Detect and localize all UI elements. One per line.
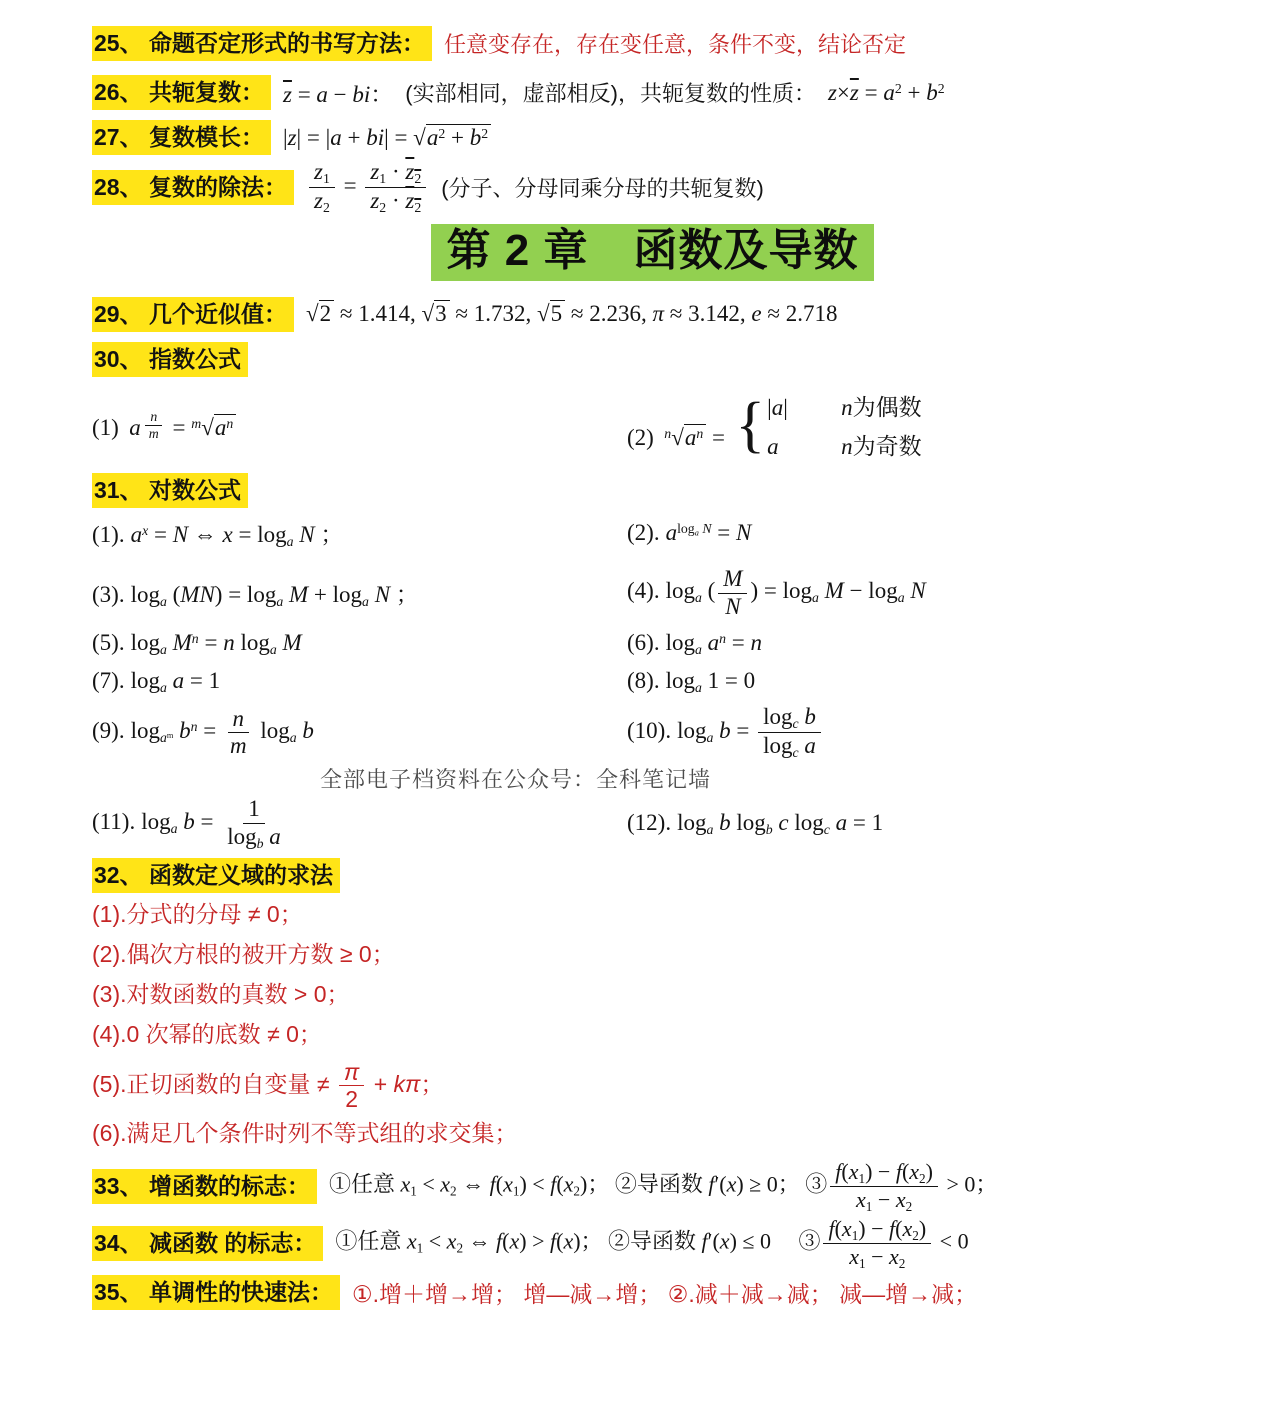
item-29: 29、 几个近似值： √2 ≈ 1.414, √3 ≈ 1.732, √5 ≈ … — [92, 297, 1253, 332]
cases-brace: { — [735, 399, 765, 452]
domain-rule-4: (4).0 次幂的底数 ≠ 0； — [92, 1019, 1253, 1050]
item-25: 25、 命题否定形式的书写方法： 任意变存在，存在变任意，条件不变，结论否定 — [92, 26, 1253, 61]
log-4-label: (4). — [627, 578, 660, 603]
domain-rule-1: (1).分式的分母 ≠ 0； — [92, 899, 1253, 930]
log-formula-5: (5).loga Mn = n loga M — [92, 630, 627, 658]
exp-formula-2-cases: { |a| n为偶数 a n为奇数 — [729, 389, 921, 461]
log-9-body: logam bn = nm loga b — [131, 718, 314, 743]
item-26: 26、 共轭复数： z = a − bi： (实部相同，虚部相反)，共轭复数的性… — [92, 75, 1253, 110]
item-35-body: ①.增＋增→增； 增—减→增； ②.减＋减→减； 减—增→减； — [352, 1276, 977, 1309]
item-30-formulas: (1) anm = m√an (2) n√an = { |a| n为偶数 a n… — [92, 379, 1253, 471]
item-28-note: (分子、分母同乘分母的共轭复数) — [441, 172, 764, 203]
domain-rule-3: (3).对数函数的真数 > 0； — [92, 979, 1253, 1010]
item-31-heading: 31、 对数公式 — [92, 473, 248, 508]
log-row-2: (3).loga (MN) = loga M + loga N ； (4).lo… — [92, 566, 1253, 620]
item-32: 32、 函数定义域的求法 — [92, 858, 1253, 893]
domain-rule-6: (6).满足几个条件时列不等式组的求交集； — [92, 1118, 1253, 1149]
log-formula-1: (1).ax = N ⇔ x = loga N ； — [92, 516, 627, 550]
item-30-heading: 30、 指数公式 — [92, 342, 248, 377]
log-8-label: (8). — [627, 668, 660, 693]
item-33: 33、 增函数的标志： ①任意 x1 < x2 ⇔ f(x1) < f(x2)；… — [92, 1159, 1253, 1214]
item-27: 27、 复数模长： |z| = |a + bi| = √a2 + b2 — [92, 120, 1253, 155]
log-7-body: loga a = 1 — [131, 668, 221, 693]
log-12-label: (12). — [627, 810, 671, 835]
log-2-label: (2). — [627, 520, 660, 545]
log-formula-7: (7).loga a = 1 — [92, 668, 627, 696]
item-35-heading: 35、 单调性的快速法： — [92, 1275, 340, 1310]
log-formula-12: (12).loga b logb c logc a = 1 — [627, 810, 1253, 838]
item-25-heading: 25、 命题否定形式的书写方法： — [92, 26, 432, 61]
exp-formula-2-lead: n√an = — [664, 425, 725, 450]
item-26-formula-1: z = a − bi： — [283, 76, 393, 109]
document-page: 25、 命题否定形式的书写方法： 任意变存在，存在变任意，条件不变，结论否定 2… — [0, 0, 1279, 1403]
item-28-heading: 28、 复数的除法： — [92, 170, 294, 205]
log-7-label: (7). — [92, 668, 125, 693]
log-6-body: loga an = n — [666, 630, 762, 655]
chapter-heading: 第 2 章 函数及导数 — [92, 224, 1213, 281]
log-row-5: (9).logam bn = nm loga b (10).loga b = l… — [92, 704, 1253, 761]
log-row-4: (7).loga a = 1 (8).loga 1 = 0 — [92, 668, 1253, 696]
item-32-heading: 32、 函数定义域的求法 — [92, 858, 340, 893]
item-34-body: ①任意 x1 < x2 ⇔ f(x) > f(x)； ②导函数 f′(x) ≤ … — [335, 1216, 968, 1271]
case-odd-cond: n为奇数 — [841, 428, 922, 461]
log-1-label: (1). — [92, 522, 125, 547]
log-formula-6: (6).loga an = n — [627, 630, 1253, 658]
log-11-body: loga b = 1logb a — [141, 809, 289, 834]
log-1-body: ax = N ⇔ x = loga N ； — [131, 522, 344, 547]
log-5-label: (5). — [92, 630, 125, 655]
log-9-label: (9). — [92, 718, 125, 743]
item-33-heading: 33、 增函数的标志： — [92, 1169, 317, 1204]
log-5-body: loga Mn = n loga M — [131, 630, 302, 655]
item-29-heading: 29、 几个近似值： — [92, 297, 294, 332]
log-formula-3: (3).loga (MN) = loga M + loga N ； — [92, 576, 627, 610]
log-formula-11: (11).loga b = 1logb a — [92, 796, 627, 851]
watermark-text: 全部电子档资料在公众号：全科笔记墙 — [320, 763, 1253, 794]
cases-stack: |a| n为偶数 a n为奇数 — [767, 389, 922, 461]
item-25-text: 任意变存在，存在变任意，条件不变，结论否定 — [444, 28, 906, 59]
log-11-label: (11). — [92, 809, 135, 834]
item-34: 34、 减函数 的标志： ①任意 x1 < x2 ⇔ f(x) > f(x)； … — [92, 1216, 1253, 1271]
item-26-note: (实部相同，虚部相反)，共轭复数的性质： — [405, 77, 816, 108]
case-row-odd: a n为奇数 — [767, 428, 922, 461]
item-28: 28、 复数的除法： z1z2 = z1 · z2z2 · z2 (分子、分母同… — [92, 159, 1253, 216]
log-row-6: (11).loga b = 1logb a (12).loga b logb c… — [92, 796, 1253, 851]
case-row-even: |a| n为偶数 — [767, 389, 922, 422]
item-29-values: √2 ≈ 1.414, √3 ≈ 1.732, √5 ≈ 2.236, π ≈ … — [306, 301, 838, 327]
log-8-body: loga 1 = 0 — [666, 668, 756, 693]
exp-formula-2-label: (2) — [627, 425, 654, 450]
exp-formula-2: (2) n√an = { |a| n为偶数 a n为奇数 — [627, 389, 1253, 461]
item-30: 30、 指数公式 — [92, 342, 1253, 377]
log-formula-9: (9).logam bn = nm loga b — [92, 706, 627, 760]
item-28-formula: z1z2 = z1 · z2z2 · z2 — [306, 159, 429, 216]
case-even-cond: n为偶数 — [841, 389, 922, 422]
exp-formula-1-label: (1) — [92, 415, 119, 440]
exp-formula-1: (1) anm = m√an — [92, 409, 627, 442]
item-27-formula: |z| = |a + bi| = √a2 + b2 — [283, 125, 491, 151]
log-4-body: loga (MN) = loga M − loga N — [666, 578, 926, 603]
exp-formula-1-body: anm = m√an — [129, 415, 236, 440]
item-31: 31、 对数公式 — [92, 473, 1253, 508]
case-odd-value: a — [767, 434, 807, 460]
domain-rule-2: (2).偶次方根的被开方数 ≥ 0； — [92, 939, 1253, 970]
log-formula-2: (2).aloga N = N — [627, 520, 1253, 546]
item-27-heading: 27、 复数模长： — [92, 120, 271, 155]
domain-rule-5: (5).正切函数的自变量 ≠ π2 + kπ； — [92, 1059, 1253, 1113]
log-6-label: (6). — [627, 630, 660, 655]
item-35: 35、 单调性的快速法： ①.增＋增→增； 增—减→增； ②.减＋减→减； 减—… — [92, 1275, 1253, 1310]
log-10-label: (10). — [627, 718, 671, 743]
log-12-body: loga b logb c logc a = 1 — [677, 810, 883, 835]
chapter-title: 第 2 章 函数及导数 — [431, 224, 875, 281]
item-34-heading: 34、 减函数 的标志： — [92, 1226, 323, 1261]
log-formula-8: (8).loga 1 = 0 — [627, 668, 1253, 696]
item-26-heading: 26、 共轭复数： — [92, 75, 271, 110]
item-26-formula-2: z×z = a2 + b2 — [828, 80, 945, 106]
case-even-value: |a| — [767, 395, 807, 421]
log-3-body: loga (MN) = loga M + loga N ； — [131, 582, 419, 607]
item-33-body: ①任意 x1 < x2 ⇔ f(x1) < f(x2)； ②导函数 f′(x) … — [329, 1159, 997, 1214]
log-formula-4: (4).loga (MN) = loga M − loga N — [627, 566, 1253, 620]
log-formula-10: (10).loga b = logc blogc a — [627, 704, 1253, 761]
log-10-body: loga b = logc blogc a — [677, 718, 824, 743]
log-3-label: (3). — [92, 582, 125, 607]
log-2-body: aloga N = N — [666, 520, 752, 545]
log-row-1: (1).ax = N ⇔ x = loga N ； (2).aloga N = … — [92, 516, 1253, 550]
log-row-3: (5).loga Mn = n loga M (6).loga an = n — [92, 630, 1253, 658]
